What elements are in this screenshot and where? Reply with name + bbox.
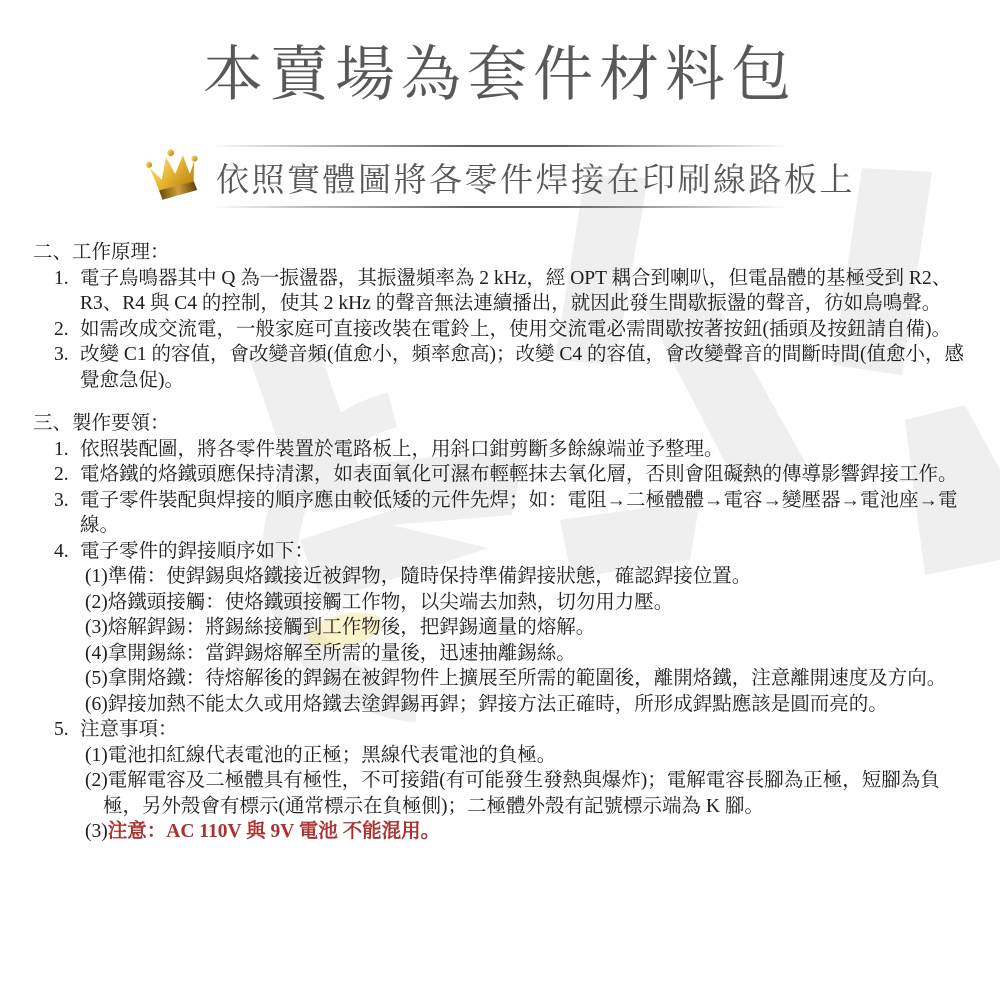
sub-list-item: (2)烙鐵頭接觸：使烙鐵頭接觸工作物，以尖端去加熱，切勿用力壓。 [33, 590, 964, 616]
list-item: 1. 依照裝配圖，將各零件裝置於電路板上，用斜口鉗剪斷多餘線端並予整理。 [33, 437, 964, 463]
list-item: 3. 電子零件裝配與焊接的順序應由較低矮的元件先焊；如：電阻→二極體體→電容→變… [33, 488, 964, 539]
sub-list-item: (1)電池扣紅線代表電池的正極；黑線代表電池的負極。 [33, 743, 964, 769]
header: 本賣場為套件材料包 [0, 0, 1000, 208]
crown-icon [141, 144, 207, 205]
list-item-number: 2. [54, 462, 69, 488]
instruction-sheet: 本賣場為套件材料包 [0, 0, 1000, 1000]
list-item-text: 電烙鐵的烙鐵頭應保持清潔，如表面氧化可濕布輕輕抹去氧化層，否則會阻礙熱的傳導影響… [80, 464, 958, 485]
subtitle-row: 依照實體圖將各零件焊接在印刷線路板上 [0, 150, 1000, 204]
section-heading: 三、製作要領： [33, 411, 964, 437]
sub-list-item-warning: (3)注意：AC 110V 與 9V 電池 不能混用。 [33, 819, 964, 845]
warning-text: 注意：AC 110V 與 9V 電池 不能混用。 [108, 821, 440, 842]
section-working-principle: 二、工作原理： 1. 電子鳥鳴器其中 Q 為一振盪器，其振盪頻率為 2 kHz，… [33, 240, 964, 393]
list-item-text: 如需改成交流電，一般家庭可直接改裝在電鈴上，使用交流電必需間歇按著按鈕(插頭及按… [80, 319, 951, 340]
sub-list-item: (6)銲接加熱不能太久或用烙鐵去塗銲錫再銲；銲接方法正確時，所形成銲點應該是圓而… [33, 692, 964, 718]
list-item-number: 4. [54, 539, 69, 565]
list-item: 2. 如需改成交流電，一般家庭可直接改裝在電鈴上，使用交流電必需間歇按著按鈕(插… [33, 317, 964, 343]
list-item-number: 3. [54, 342, 69, 368]
list-item-soldering-order: 4. 電子零件的銲接順序如下： [33, 539, 964, 565]
list-item: 3. 改變 C1 的容值，會改變音頻(值愈小，頻率愈高)；改變 C4 的容值，會… [33, 342, 964, 393]
list-item-number: 1. [54, 266, 69, 292]
warning-prefix: (3) [85, 821, 108, 842]
list-item-text: 注意事項： [80, 719, 178, 740]
list-item: 1. 電子鳥鳴器其中 Q 為一振盪器，其振盪頻率為 2 kHz，經 OPT 耦合… [33, 266, 964, 317]
bottom-divider-line [211, 206, 789, 208]
list-item-cautions: 5. 注意事項： [33, 717, 964, 743]
list-item-number: 1. [54, 437, 69, 463]
section-heading: 二、工作原理： [33, 240, 964, 266]
list-item-number: 3. [54, 488, 69, 514]
list-item: 2. 電烙鐵的烙鐵頭應保持清潔，如表面氧化可濕布輕輕抹去氧化層，否則會阻礙熱的傳… [33, 462, 964, 488]
section-production-tips: 三、製作要領： 1. 依照裝配圖，將各零件裝置於電路板上，用斜口鉗剪斷多餘線端並… [33, 411, 964, 845]
list-item-text: 電子鳥鳴器其中 Q 為一振盪器，其振盪頻率為 2 kHz，經 OPT 耦合到喇叭… [80, 268, 951, 315]
top-divider-line [211, 145, 789, 147]
list-item-text: 電子零件裝配與焊接的順序應由較低矮的元件先焊；如：電阻→二極體體→電容→變壓器→… [80, 490, 958, 537]
list-item-text: 改變 C1 的容值，會改變音頻(值愈小，頻率愈高)；改變 C4 的容值，會改變聲… [80, 344, 964, 391]
list-item-number: 2. [54, 317, 69, 343]
sub-list-item: (3)熔解銲錫：將錫絲接觸到工作物後，把銲錫適量的熔解。 [33, 615, 964, 641]
page-subtitle: 依照實體圖將各零件焊接在印刷線路板上 [216, 154, 855, 201]
document-body: 二、工作原理： 1. 電子鳥鳴器其中 Q 為一振盪器，其振盪頻率為 2 kHz，… [0, 240, 1000, 845]
list-item-number: 5. [54, 717, 69, 743]
sub-list-item: (4)拿開錫絲：當銲錫熔解至所需的量後，迅速抽離錫絲。 [33, 641, 964, 667]
sub-list-item: (5)拿開烙鐵：待熔解後的銲錫在被銲物件上擴展至所需的範圍後，離開烙鐵，注意離開… [33, 666, 964, 692]
list-item-text: 電子零件的銲接順序如下： [80, 541, 314, 562]
list-item-text: 依照裝配圖，將各零件裝置於電路板上，用斜口鉗剪斷多餘線端並予整理。 [80, 439, 724, 460]
sub-list-item: (2)電解電容及二極體具有極性，不可接錯(有可能發生發熱與爆炸)；電解電容長腳為… [33, 768, 964, 819]
page-title: 本賣場為套件材料包 [0, 0, 1000, 114]
sub-list-item: (1)準備：使銲錫與烙鐵接近被銲物，隨時保持準備銲接狀態，確認銲接位置。 [33, 564, 964, 590]
